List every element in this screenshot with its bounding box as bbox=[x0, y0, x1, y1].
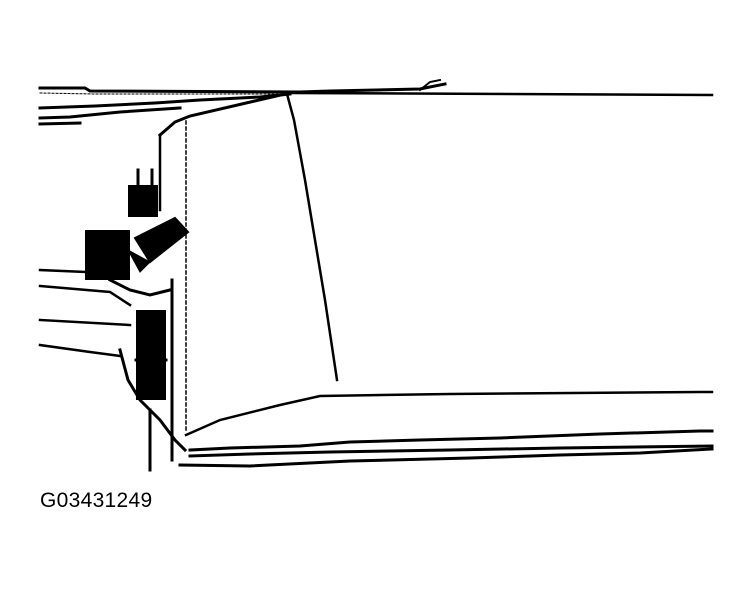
mounting-bracket bbox=[85, 170, 185, 470]
figure-id-label: G03431249 bbox=[40, 489, 152, 513]
arrow-icon bbox=[128, 218, 188, 272]
main-panel bbox=[160, 94, 712, 435]
top-edge-lines bbox=[40, 80, 712, 124]
bottom-edge-lines bbox=[180, 431, 712, 466]
